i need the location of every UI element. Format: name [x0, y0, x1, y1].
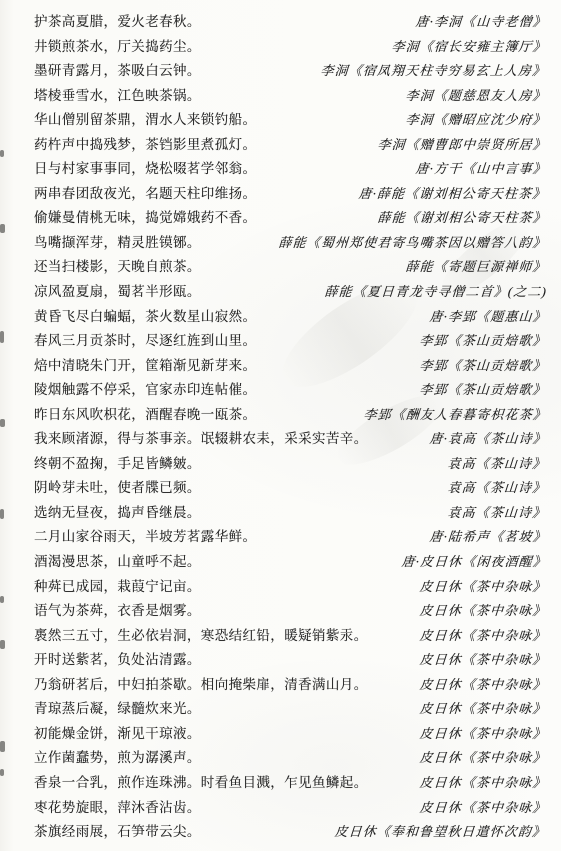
- poem-row: 二月山家谷雨天，半坡芳茗露华鲜。 唐·陆希声《茗坡》: [34, 525, 546, 550]
- poem-row: 昨日东风吹枳花，酒醒春晚一瓯茶。 李郢《酬友人春暮寄枳花茶》: [34, 403, 546, 428]
- verse-text: 青琼蒸后凝，绿髓炊来光。: [34, 697, 201, 717]
- verse-text: 药杵声中捣残梦，茶铛影里煮孤灯。: [34, 133, 256, 153]
- attribution-text: 李洞《宿长安雍主簿厅》: [391, 36, 547, 55]
- verse-text: 两串春团敌夜光，名题天柱印维扬。: [34, 182, 256, 202]
- attribution-text: 唐·袁高《茶山诗》: [429, 428, 547, 447]
- poem-row: 墨研青露月，茶吸白云钟。 李洞《宿凤翔天柱寺穷易玄上人房》: [34, 59, 546, 84]
- attribution-text: 皮日休《茶中杂咏》: [419, 625, 547, 644]
- attribution-text: 李郢《茶山贡焙歌》: [419, 379, 547, 398]
- poem-row: 终朝不盈掬，手足皆鳞皴。 袁高《茶山诗》: [34, 452, 546, 477]
- poem-row: 酒渴漫思茶，山童呼不起。 唐·皮日休《闲夜酒醒》: [34, 550, 546, 575]
- verse-text: 塔棱垂雪水，江色映茶锅。: [34, 84, 201, 104]
- verse-text: 选纳无昼夜，捣声昏继晨。: [34, 501, 201, 521]
- attribution-text: 唐·方干《山中言事》: [415, 158, 548, 177]
- verse-text: 陵烟触露不停采，官家赤印连帖催。: [34, 378, 256, 398]
- verse-text: 语气为茶荈，衣香是烟雾。: [34, 599, 201, 619]
- scan-artifact: [0, 596, 4, 603]
- poem-row: 褭然三五寸，生必依岩洞，寒恐结红铅，暖疑销紫汞。 皮日休《茶中杂咏》: [34, 624, 546, 649]
- verse-text: 初能燥金饼，渐见干琼液。: [34, 722, 201, 742]
- attribution-text: 唐·皮日休《闲夜酒醒》: [401, 551, 548, 570]
- verse-text: 终朝不盈掬，手足皆鳞皴。: [34, 452, 201, 472]
- verse-text: 鸟嘴撷浑芽，精灵胜镆铘。: [34, 231, 201, 251]
- scan-artifact: [0, 331, 4, 343]
- poem-row: 初能燥金饼，渐见干琼液。 皮日休《茶中杂咏》: [34, 722, 546, 747]
- attribution-text: 皮日休《茶中杂咏》: [419, 674, 547, 693]
- attribution-text: 李洞《宿凤翔天柱寺穷易玄上人房》: [320, 60, 547, 79]
- poem-row: 护茶高夏腊，爱火老春秋。 唐·李洞《山寺老僧》: [34, 10, 546, 35]
- attribution-text: 皮日休《茶中杂咏》: [419, 600, 547, 619]
- verse-text: 立作菌蠢势，煎为潺溪声。: [34, 746, 201, 766]
- attribution-text: 李洞《赠曹郎中崇贤所居》: [377, 134, 548, 153]
- scan-artifact: [0, 150, 4, 157]
- attribution-text: 皮日休《茶中杂咏》: [419, 747, 547, 766]
- poem-row: 华山僧别留茶鼎，渭水人来锁钓船。 李洞《赠昭应沈少府》: [34, 108, 546, 133]
- verse-text: 偷嫌曼倩桃无味，捣觉嫦娥药不香。: [34, 206, 256, 226]
- attribution-text: 李洞《赠昭应沈少府》: [405, 109, 547, 128]
- verse-text: 茶旗经雨展，石笋带云尖。: [34, 820, 201, 840]
- scan-artifact: [0, 509, 4, 519]
- poem-row: 香泉一合乳，煎作连珠沸。时看鱼目溅，乍见鱼鳞起。 皮日休《茶中杂咏》: [34, 771, 546, 796]
- attribution-text: 唐·薛能《谢刘相公寄天柱茶》: [358, 183, 547, 202]
- poem-row: 黄昏飞尽白蝙蝠，茶火数星山寂然。 唐·李郢《题惠山》: [34, 305, 546, 330]
- poem-list: 护茶高夏腊，爱火老春秋。 唐·李洞《山寺老僧》 井锁煎茶水，厅关捣药尘。 李洞《…: [34, 10, 546, 845]
- attribution-text: 李郢《茶山贡焙歌》: [419, 355, 547, 374]
- poem-row: 语气为茶荈，衣香是烟雾。 皮日休《茶中杂咏》: [34, 599, 546, 624]
- poem-row: 茶旗经雨展，石笋带云尖。 皮日休《奉和鲁望秋日遣怀次韵》: [34, 820, 546, 845]
- verse-text: 我来顾渚源，得与茶事亲。氓辍耕农耒，采采实苦辛。: [34, 427, 368, 447]
- attribution-text: 袁高《茶山诗》: [447, 502, 547, 521]
- verse-text: 褭然三五寸，生必依岩洞，寒恐结红铅，暖疑销紫汞。: [34, 624, 368, 644]
- verse-text: 种荈已成园，栽葭宁记亩。: [34, 575, 201, 595]
- verse-text: 护茶高夏腊，爱火老春秋。: [34, 10, 201, 30]
- verse-text: 日与村家事事同，烧松啜茗学邻翁。: [34, 157, 256, 177]
- attribution-text: 袁高《茶山诗》: [447, 477, 547, 496]
- poem-row: 种荈已成园，栽葭宁记亩。 皮日休《茶中杂咏》: [34, 575, 546, 600]
- verse-text: 开时送紫茗，负处沾清露。: [34, 648, 201, 668]
- poem-row: 枣花势旋眼，萍沐香沾齿。 皮日休《茶中杂咏》: [34, 796, 546, 821]
- attribution-text: 皮日休《茶中杂咏》: [419, 649, 547, 668]
- attribution-text: 袁高《茶山诗》: [447, 453, 547, 472]
- poem-row: 阴岭芽未吐，使者牒已频。 袁高《茶山诗》: [34, 476, 546, 501]
- verse-text: 二月山家谷雨天，半坡芳茗露华鲜。: [34, 525, 256, 545]
- verse-text: 凉风盈夏扇，蜀茗半形瓯。: [34, 280, 201, 300]
- attribution-text: 唐·李郢《题惠山》: [429, 306, 547, 325]
- poem-row: 选纳无昼夜，捣声昏继晨。 袁高《茶山诗》: [34, 501, 546, 526]
- verse-text: 黄昏飞尽白蝙蝠，茶火数星山寂然。: [34, 305, 256, 325]
- poem-row: 两串春团敌夜光，名题天柱印维扬。 唐·薛能《谢刘相公寄天柱茶》: [34, 182, 546, 207]
- attribution-text: 李郢《茶山贡焙歌》: [419, 330, 547, 349]
- verse-text: 昨日东风吹枳花，酒醒春晚一瓯茶。: [34, 403, 256, 423]
- attribution-text: 皮日休《茶中杂咏》: [419, 576, 547, 595]
- attribution-text: 皮日休《茶中杂咏》: [419, 698, 547, 717]
- verse-text: 墨研青露月，茶吸白云钟。: [34, 59, 201, 79]
- verse-text: 井锁煎茶水，厅关捣药尘。: [34, 35, 201, 55]
- verse-text: 香泉一合乳，煎作连珠沸。时看鱼目溅，乍见鱼鳞起。: [34, 771, 368, 791]
- attribution-text: 李洞《题慈恩友人房》: [405, 85, 547, 104]
- poem-row: 偷嫌曼倩桃无味，捣觉嫦娥药不香。 薛能《谢刘相公寄天柱茶》: [34, 206, 546, 231]
- verse-text: 还当扫楼影，天晚自煎茶。: [34, 255, 201, 275]
- verse-text: 春风三月贡茶时，尽逐红旌到山里。: [34, 329, 256, 349]
- attribution-text: 唐·陆希声《茗坡》: [429, 526, 547, 545]
- poem-row: 井锁煎茶水，厅关捣药尘。 李洞《宿长安雍主簿厅》: [34, 35, 546, 60]
- poem-row: 日与村家事事同，烧松啜茗学邻翁。 唐·方干《山中言事》: [34, 157, 546, 182]
- poem-row: 塔棱垂雪水，江色映茶锅。 李洞《题慈恩友人房》: [34, 84, 546, 109]
- poem-row: 乃翁研茗后，中妇拍茶歇。相向掩柴扉，清香满山月。 皮日休《茶中杂咏》: [34, 673, 546, 698]
- poem-row: 青琼蒸后凝，绿髓炊来光。 皮日休《茶中杂咏》: [34, 697, 546, 722]
- scan-artifact: [0, 741, 5, 752]
- scan-artifact: [0, 419, 5, 427]
- verse-text: 华山僧别留茶鼎，渭水人来锁钓船。: [34, 108, 256, 128]
- book-page: 护茶高夏腊，爱火老春秋。 唐·李洞《山寺老僧》 井锁煎茶水，厅关捣药尘。 李洞《…: [0, 0, 561, 851]
- verse-text: 乃翁研茗后，中妇拍茶歇。相向掩柴扉，清香满山月。: [34, 673, 368, 693]
- attribution-text: 皮日休《茶中杂咏》: [419, 797, 547, 816]
- attribution-text: 皮日休《茶中杂咏》: [419, 772, 547, 791]
- attribution-text: 皮日休《奉和鲁望秋日遣怀次韵》: [334, 821, 547, 840]
- verse-text: 焙中清晓朱门开，筐箱渐见新芽来。: [34, 354, 256, 374]
- scan-artifact: [0, 769, 4, 776]
- verse-text: 阴岭芽未吐，使者牒已频。: [34, 476, 201, 496]
- attribution-text: 皮日休《茶中杂咏》: [419, 723, 547, 742]
- poem-row: 开时送紫茗，负处沾清露。 皮日休《茶中杂咏》: [34, 648, 546, 673]
- poem-row: 我来顾渚源，得与茶事亲。氓辍耕农耒，采采实苦辛。 唐·袁高《茶山诗》: [34, 427, 546, 452]
- verse-text: 枣花势旋眼，萍沐香沾齿。: [34, 796, 201, 816]
- scan-artifact: [0, 224, 5, 233]
- poem-row: 立作菌蠢势，煎为潺溪声。 皮日休《茶中杂咏》: [34, 746, 546, 771]
- verse-text: 酒渴漫思茶，山童呼不起。: [34, 550, 201, 570]
- scan-artifact: [0, 640, 5, 649]
- poem-row: 药杵声中捣残梦，茶铛影里煮孤灯。 李洞《赠曹郎中崇贤所居》: [34, 133, 546, 158]
- attribution-text: 唐·李洞《山寺老僧》: [415, 11, 548, 30]
